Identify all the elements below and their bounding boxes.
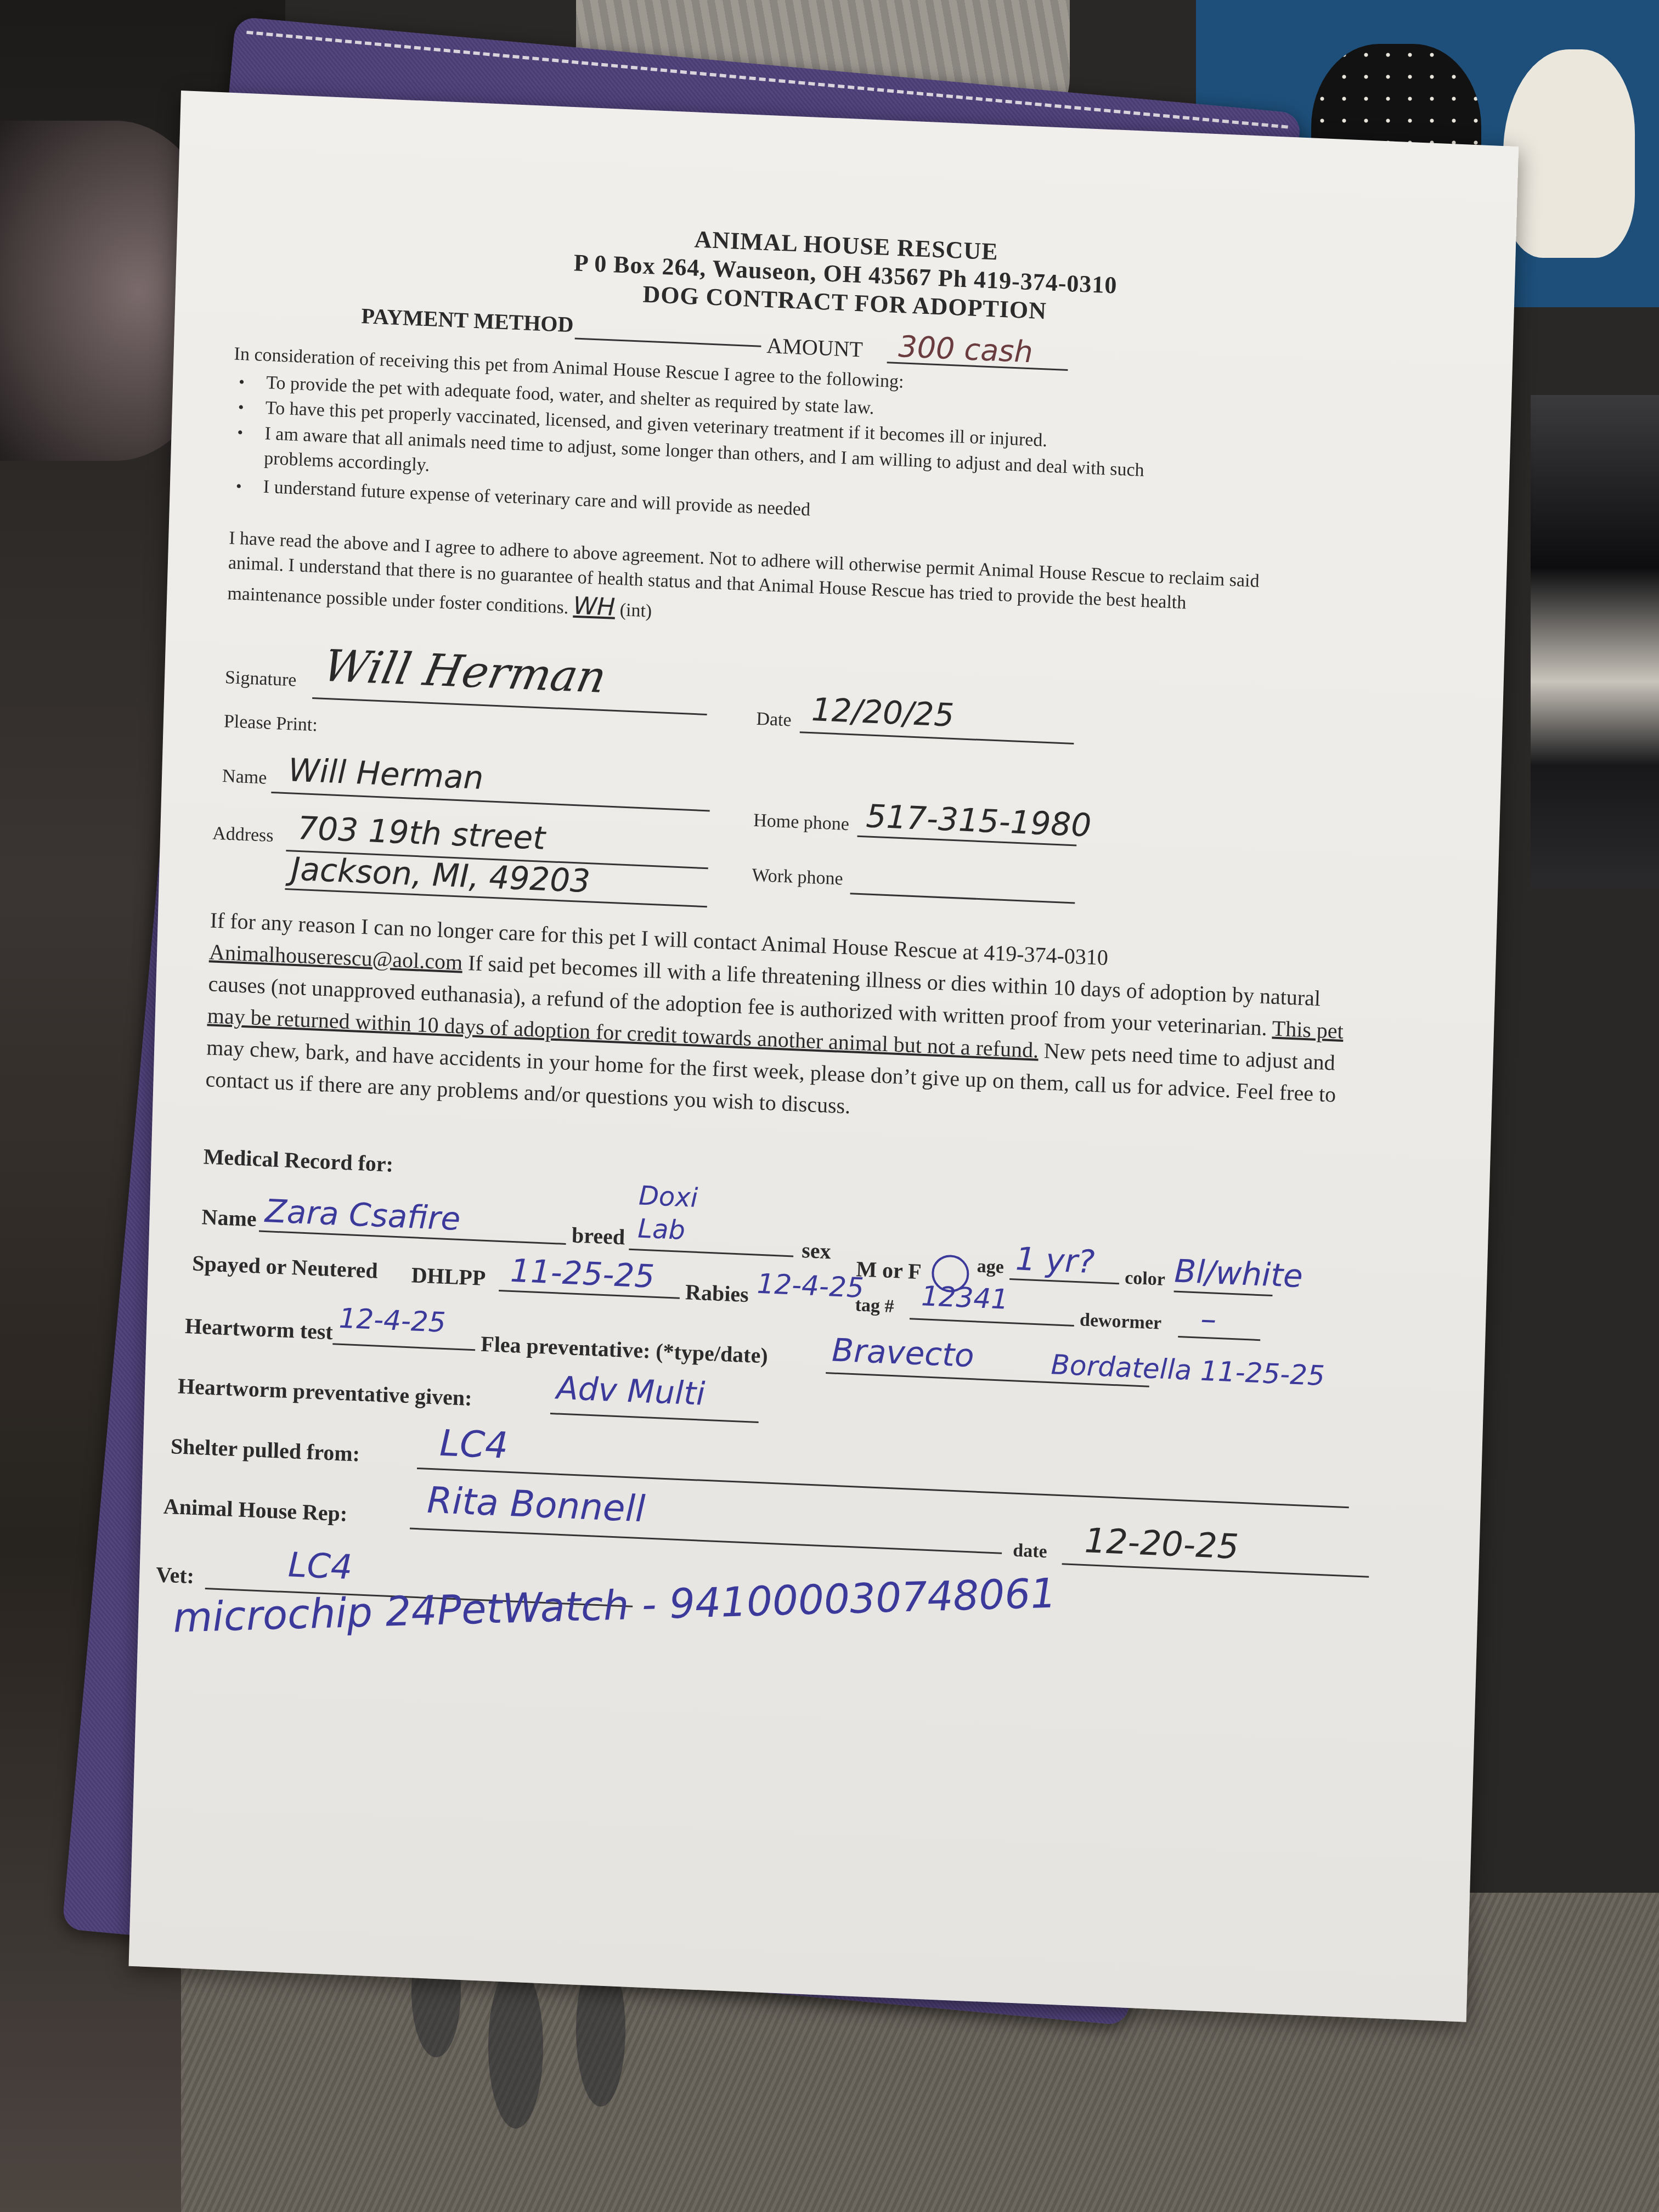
date-field[interactable]	[800, 731, 1074, 744]
tag-field[interactable]	[910, 1318, 1074, 1327]
age-value: 1 yr?	[1015, 1240, 1095, 1280]
rep-date-label: date	[1013, 1539, 1047, 1564]
dewormer-label: dewormer	[1079, 1308, 1161, 1335]
policy-paragraph: If for any reason I can no longer care f…	[205, 904, 1373, 1144]
payment-method-field[interactable]	[575, 337, 761, 347]
rep-field[interactable]	[410, 1528, 1002, 1554]
dhlpp-label: DHLPP	[411, 1261, 486, 1292]
signature-value: Will Herman	[319, 640, 611, 703]
shelter-label: Shelter pulled from:	[170, 1432, 360, 1468]
bullet-icon: •	[239, 373, 245, 392]
date-label: Date	[756, 708, 792, 732]
white-dog-illustration	[1503, 49, 1635, 258]
vet-value: LC4	[287, 1544, 353, 1587]
breed-field[interactable]	[629, 1249, 793, 1257]
acknowledgement-text: I have read the above and I agree to adh…	[227, 526, 1260, 651]
rescue-email-link[interactable]: Animalhouserescu@aol.com	[209, 939, 463, 974]
address-value-line2: Jackson, MI, 49203	[291, 850, 591, 900]
hw-preventative-label: Heartworm preventative given:	[177, 1373, 472, 1412]
please-print-label: Please Print:	[223, 710, 318, 737]
color-label: color	[1125, 1267, 1166, 1292]
color-value: Bl/white	[1174, 1252, 1304, 1295]
breed-value-line2: Lab	[637, 1213, 686, 1246]
rabies-label: Rabies	[685, 1278, 749, 1308]
bullet-icon: •	[238, 398, 244, 417]
tag-label: tag #	[855, 1294, 894, 1318]
amount-label: AMOUNT	[766, 332, 864, 363]
shelter-value: LC4	[439, 1422, 509, 1467]
sex-label: sex	[802, 1237, 832, 1265]
tag-value: 12341	[921, 1280, 1009, 1316]
heartworm-test-value: 12-4-25	[338, 1302, 447, 1339]
rep-label: Animal House Rep:	[163, 1493, 348, 1528]
initials-label: (int)	[619, 600, 652, 621]
flea-label: Flea preventative: (*type/date)	[481, 1330, 769, 1370]
rabies-value: 12-4-25	[757, 1268, 865, 1304]
rep-date-value: 12-20-25	[1084, 1520, 1239, 1567]
payment-method-label: PAYMENT METHOD	[361, 302, 574, 338]
breed-label: breed	[571, 1221, 625, 1251]
work-phone-field[interactable]	[850, 893, 1075, 904]
adoption-contract: ANIMAL HOUSE RESCUE P 0 Box 264, Wauseon…	[129, 91, 1519, 2022]
bordetella-value: Bordatella 11-25-25	[1051, 1348, 1325, 1392]
paw-print-icon	[488, 1964, 543, 2129]
vet-label: Vet:	[156, 1561, 195, 1590]
signature-label: Signature	[225, 666, 297, 692]
hw-preventative-value: Adv Multi	[556, 1369, 706, 1413]
hw-preventative-field[interactable]	[550, 1413, 759, 1423]
name-value: Will Herman	[288, 751, 484, 797]
flea-value: Bravecto	[831, 1331, 974, 1374]
signature-field[interactable]	[312, 697, 707, 715]
bullet-icon: •	[237, 424, 243, 442]
date-value: 12/20/25	[811, 691, 955, 734]
spayed-label: Spayed or Neutered	[192, 1250, 379, 1285]
pet-name-value: Zara Csafire	[264, 1192, 461, 1238]
dhlpp-value: 11-25-25	[510, 1252, 655, 1295]
breed-value-line1: Doxi	[638, 1181, 698, 1214]
heartworm-test-field[interactable]	[332, 1343, 475, 1351]
amount-value: 300 cash	[898, 329, 1034, 369]
dewormer-value: –	[1200, 1300, 1217, 1338]
bullet-icon: •	[235, 477, 241, 496]
name-label: Name	[222, 765, 267, 790]
lamp-base	[1531, 395, 1659, 889]
address-value-line1: 703 19th street	[297, 809, 546, 857]
heartworm-test-label: Heartworm test	[184, 1312, 333, 1346]
pet-name-label: Name	[201, 1203, 257, 1233]
name-field[interactable]	[271, 792, 709, 812]
rep-value: Rita Bonnell	[426, 1479, 646, 1531]
sex-options: M or F	[856, 1255, 922, 1285]
initials-value[interactable]: WH	[573, 591, 616, 621]
sex-option-f[interactable]: F	[908, 1259, 922, 1284]
home-phone-label: Home phone	[753, 809, 850, 837]
age-label: age	[977, 1255, 1004, 1279]
address-label: Address	[212, 822, 274, 848]
medical-record-title: Medical Record for:	[203, 1143, 394, 1178]
dewormer-field[interactable]	[1178, 1336, 1260, 1341]
work-phone-label: Work phone	[752, 864, 843, 891]
